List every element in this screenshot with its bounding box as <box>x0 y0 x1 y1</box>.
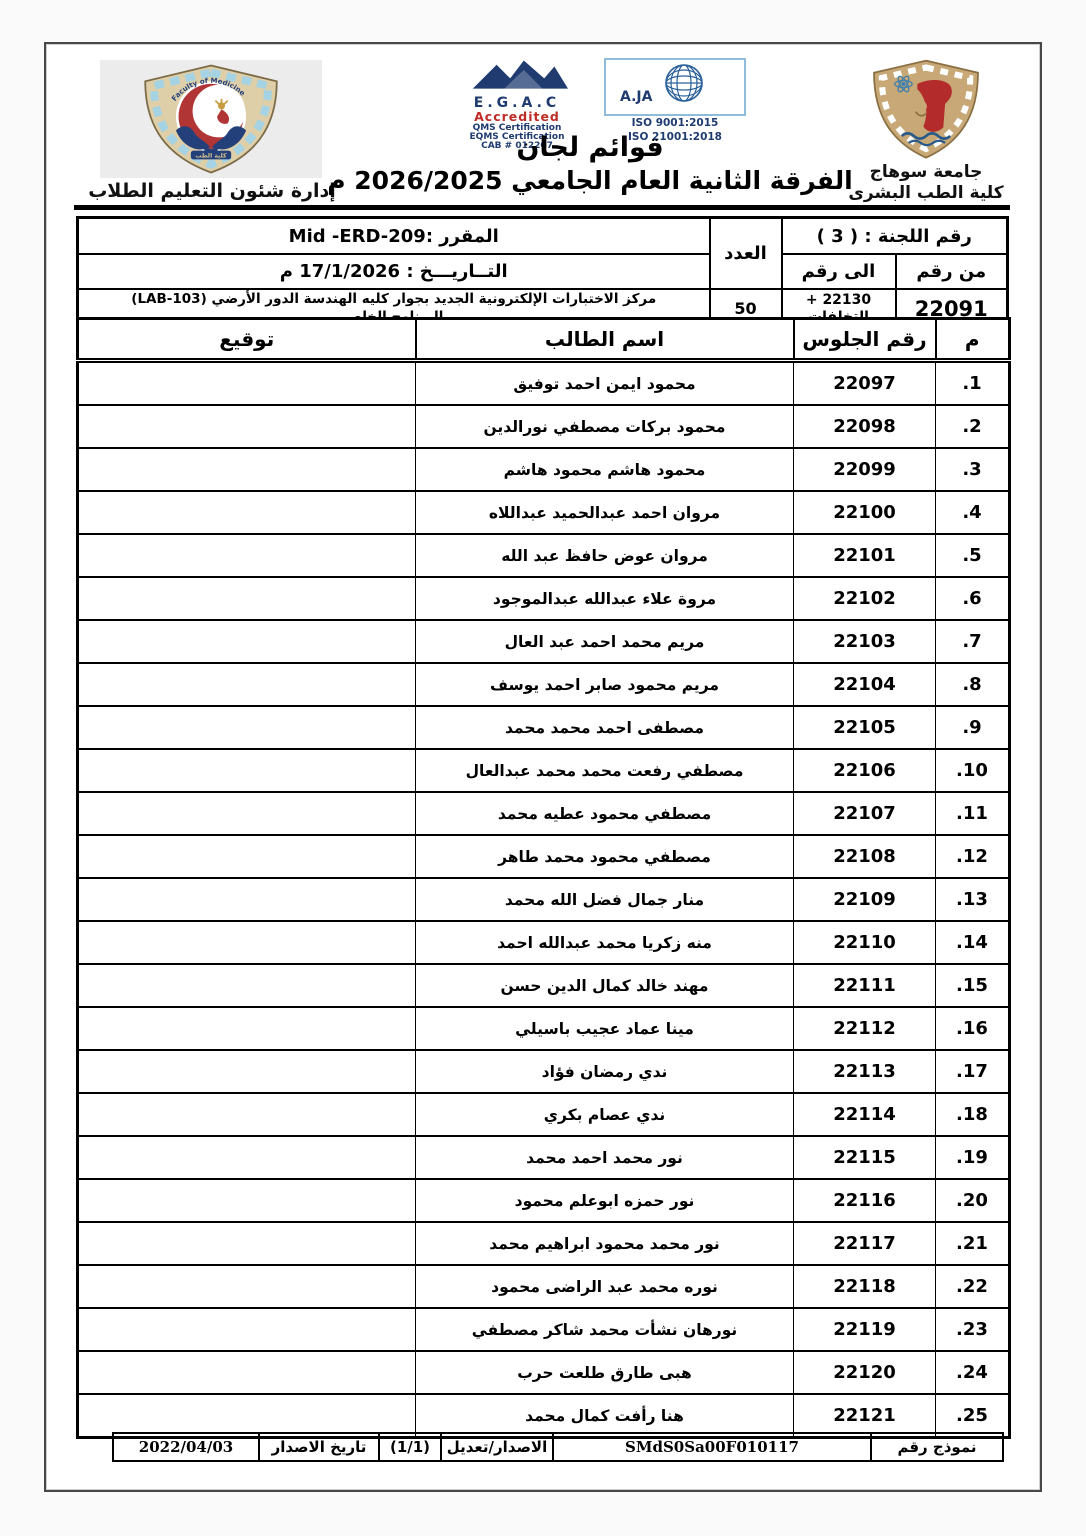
seat-number: 22120 <box>794 1351 936 1394</box>
signature-cell <box>78 1093 416 1136</box>
seat-number: 22109 <box>794 878 936 921</box>
seat-number: 22107 <box>794 792 936 835</box>
signature-cell <box>78 405 416 448</box>
table-row: 2. 22098 محمود بركات مصطفي نورالدين <box>78 405 1010 448</box>
seat-number: 22101 <box>794 534 936 577</box>
student-name: مينا عماد عجيب باسيلي <box>416 1007 794 1050</box>
seat-number: 22115 <box>794 1136 936 1179</box>
seat-number: 22098 <box>794 405 936 448</box>
student-name: مهند خالد كمال الدين حسن <box>416 964 794 1007</box>
table-row: 22. 22118 نوره محمد عبد الراضى محمود <box>78 1265 1010 1308</box>
committee-number: رقم اللجنة : ( 3 ) <box>782 218 1008 255</box>
header-divider <box>74 205 1010 210</box>
version-value: (1/1) <box>379 1433 441 1461</box>
signature-cell <box>78 1007 416 1050</box>
university-name: جامعة سوهاج <box>828 162 1024 183</box>
row-index: 9. <box>936 706 1010 749</box>
seat-number: 22111 <box>794 964 936 1007</box>
row-index: 5. <box>936 534 1010 577</box>
seat-number: 22102 <box>794 577 936 620</box>
signature-cell <box>78 491 416 534</box>
egac-accredited-label: Accredited <box>442 110 592 123</box>
table-row: 15. 22111 مهند خالد كمال الدين حسن <box>78 964 1010 1007</box>
row-index: 2. <box>936 405 1010 448</box>
signature-cell <box>78 1394 416 1438</box>
row-index: 16. <box>936 1007 1010 1050</box>
table-row: 21. 22117 نور محمد محمود ابراهيم محمد <box>78 1222 1010 1265</box>
table-row: 5. 22101 مروان عوض حافظ عبد الله <box>78 534 1010 577</box>
col-header-name: اسم الطالب <box>416 319 794 361</box>
form-footer-table: نموذج رقم SMdS0Sa00F010117 الاصدار/تعديل… <box>112 1432 1004 1462</box>
student-table: م رقم الجلوس اسم الطالب توقيع 1. 22097 م… <box>76 317 1011 1439</box>
signature-cell <box>78 620 416 663</box>
document-subtitle: الفرقة الثانية العام الجامعي 2026/2025 م <box>300 166 880 195</box>
row-index: 3. <box>936 448 1010 491</box>
sohag-university-shield-icon <box>860 58 992 162</box>
page-header: كلية الطب Faculty of Medicine إدارة شئون… <box>46 44 1040 210</box>
signature-cell <box>78 878 416 921</box>
table-row: 3. 22099 محمود هاشم محمود هاشم <box>78 448 1010 491</box>
signature-cell <box>78 448 416 491</box>
table-row: 24. 22120 هبى طارق طلعت حرب <box>78 1351 1010 1394</box>
signature-cell <box>78 921 416 964</box>
table-row: 12. 22108 مصطفي محمود محمد طاهر <box>78 835 1010 878</box>
row-index: 21. <box>936 1222 1010 1265</box>
form-number-value: SMdS0Sa00F010117 <box>553 1433 871 1461</box>
document-scan: { "colors": { "navy": "#1f3b70", "brand_… <box>0 0 1086 1536</box>
row-index: 17. <box>936 1050 1010 1093</box>
table-row: 18. 22114 ندي عصام بكري <box>78 1093 1010 1136</box>
faculty-ribbon-text: كلية الطب <box>195 153 227 160</box>
student-name: مروة علاء عبدالله عبدالموجود <box>416 577 794 620</box>
form-number-label: نموذج رقم <box>871 1433 1003 1461</box>
student-name: نوره محمد عبد الراضى محمود <box>416 1265 794 1308</box>
row-index: 7. <box>936 620 1010 663</box>
table-row: 19. 22115 نور محمد احمد محمد <box>78 1136 1010 1179</box>
from-number-label: من رقم <box>896 254 1008 289</box>
student-name: نور محمد احمد محمد <box>416 1136 794 1179</box>
signature-cell <box>78 835 416 878</box>
col-header-seat: رقم الجلوس <box>794 319 936 361</box>
table-row: 16. 22112 مينا عماد عجيب باسيلي <box>78 1007 1010 1050</box>
table-row: 14. 22110 منه زكريا محمد عبدالله احمد <box>78 921 1010 964</box>
row-index: 24. <box>936 1351 1010 1394</box>
student-table-header-row: م رقم الجلوس اسم الطالب توقيع <box>78 319 1010 361</box>
university-logo <box>858 58 994 162</box>
student-table-body: 1. 22097 محمود ايمن احمد توفيق 2. 22098 … <box>78 361 1010 1438</box>
row-index: 6. <box>936 577 1010 620</box>
col-header-index: م <box>936 319 1010 361</box>
faculty-logo: كلية الطب Faculty of Medicine <box>100 60 322 178</box>
student-name: هنا رأفت كمال محمد <box>416 1394 794 1438</box>
seat-number: 22110 <box>794 921 936 964</box>
student-name: محمود ايمن احمد توفيق <box>416 361 794 406</box>
to-number-label: الى رقم <box>782 254 896 289</box>
row-index: 18. <box>936 1093 1010 1136</box>
table-row: 25. 22121 هنا رأفت كمال محمد <box>78 1394 1010 1438</box>
seat-number: 22113 <box>794 1050 936 1093</box>
signature-cell <box>78 1265 416 1308</box>
signature-cell <box>78 663 416 706</box>
count-label: العدد <box>710 218 782 290</box>
row-index: 14. <box>936 921 1010 964</box>
issue-date-label: تاريخ الاصدار <box>259 1433 379 1461</box>
seat-number: 22121 <box>794 1394 936 1438</box>
seat-number: 22108 <box>794 835 936 878</box>
seat-number: 22099 <box>794 448 936 491</box>
course-code: المقرر :Mid -ERD-209 <box>78 218 710 255</box>
table-row: 17. 22113 ندي رمضان فؤاد <box>78 1050 1010 1093</box>
aja-iso1: ISO 9001:2015 <box>604 117 746 130</box>
row-index: 19. <box>936 1136 1010 1179</box>
row-index: 1. <box>936 361 1010 406</box>
aja-globe-box: A.JA <box>604 58 746 116</box>
seat-number: 22103 <box>794 620 936 663</box>
signature-cell <box>78 534 416 577</box>
row-index: 15. <box>936 964 1010 1007</box>
signature-cell <box>78 964 416 1007</box>
student-name: مروان احمد عبدالحميد عبداللاه <box>416 491 794 534</box>
table-row: 1. 22097 محمود ايمن احمد توفيق <box>78 361 1010 406</box>
student-name: مريم محمد احمد عبد العال <box>416 620 794 663</box>
student-table-header: م رقم الجلوس اسم الطالب توقيع <box>78 319 1010 361</box>
row-index: 4. <box>936 491 1010 534</box>
signature-cell <box>78 749 416 792</box>
exam-location-line1: مركز الاختبارات الإلكترونية الجديد بجوار… <box>81 291 707 309</box>
student-name: مروان عوض حافظ عبد الله <box>416 534 794 577</box>
aja-acronym: A.JA <box>620 89 653 105</box>
seat-number: 22119 <box>794 1308 936 1351</box>
row-index: 22. <box>936 1265 1010 1308</box>
table-row: 20. 22116 نور حمزه ابوعلم محمود <box>78 1179 1010 1222</box>
university-name-block: جامعة سوهاج كلية الطب البشرى <box>828 162 1024 205</box>
table-row: 7. 22103 مريم محمد احمد عبد العال <box>78 620 1010 663</box>
aja-globe-icon: A.JA <box>612 61 738 109</box>
row-index: 23. <box>936 1308 1010 1351</box>
exam-date: التــاريـــخ : 17/1/2026 م <box>78 254 710 289</box>
seat-number: 22104 <box>794 663 936 706</box>
table-row: 8. 22104 مريم محمود صابر احمد يوسف <box>78 663 1010 706</box>
row-index: 12. <box>936 835 1010 878</box>
row-index: 11. <box>936 792 1010 835</box>
table-row: 11. 22107 مصطفي محمود عطيه محمد <box>78 792 1010 835</box>
student-name: مصطفي رفعت محمد محمد عبدالعال <box>416 749 794 792</box>
faculty-of-medicine-shield-icon: كلية الطب Faculty of Medicine <box>126 62 296 176</box>
version-label: الاصدار/تعديل <box>441 1433 553 1461</box>
signature-cell <box>78 1222 416 1265</box>
exam-committee-sheet: كلية الطب Faculty of Medicine إدارة شئون… <box>44 42 1042 1492</box>
info-row-2: من رقم الى رقم التــاريـــخ : 17/1/2026 … <box>78 254 1008 289</box>
signature-cell <box>78 1136 416 1179</box>
student-name: مصطفى احمد محمد محمد <box>416 706 794 749</box>
student-name: نور حمزه ابوعلم محمود <box>416 1179 794 1222</box>
row-index: 25. <box>936 1394 1010 1438</box>
student-name: مصطفي محمود محمد طاهر <box>416 835 794 878</box>
info-row-1: رقم اللجنة : ( 3 ) العدد المقرر :Mid -ER… <box>78 218 1008 255</box>
student-name: نورهان نشأت محمد شاكر مصطفي <box>416 1308 794 1351</box>
signature-cell <box>78 1179 416 1222</box>
signature-cell <box>78 577 416 620</box>
seat-number: 22097 <box>794 361 936 406</box>
to-number-line1: 22130 + <box>785 292 893 308</box>
seat-number: 22114 <box>794 1093 936 1136</box>
student-name: محمود هاشم محمود هاشم <box>416 448 794 491</box>
table-row: 4. 22100 مروان احمد عبدالحميد عبداللاه <box>78 491 1010 534</box>
table-row: 10. 22106 مصطفي رفعت محمد محمد عبدالعال <box>78 749 1010 792</box>
table-row: 6. 22102 مروة علاء عبدالله عبدالموجود <box>78 577 1010 620</box>
faculty-name: كلية الطب البشرى <box>828 183 1024 204</box>
seat-number: 22105 <box>794 706 936 749</box>
committee-info-table: رقم اللجنة : ( 3 ) العدد المقرر :Mid -ER… <box>76 216 1009 330</box>
table-row: 23. 22119 نورهان نشأت محمد شاكر مصطفي <box>78 1308 1010 1351</box>
seat-number: 22117 <box>794 1222 936 1265</box>
student-name: مصطفي محمود عطيه محمد <box>416 792 794 835</box>
student-name: منه زكريا محمد عبدالله احمد <box>416 921 794 964</box>
student-name: هبى طارق طلعت حرب <box>416 1351 794 1394</box>
signature-cell <box>78 792 416 835</box>
student-name: مريم محمود صابر احمد يوسف <box>416 663 794 706</box>
seat-number: 22112 <box>794 1007 936 1050</box>
row-index: 10. <box>936 749 1010 792</box>
col-header-signature: توقيع <box>78 319 416 361</box>
table-row: 13. 22109 منار جمال فضل الله محمد <box>78 878 1010 921</box>
row-index: 13. <box>936 878 1010 921</box>
row-index: 20. <box>936 1179 1010 1222</box>
egac-acronym: E.G.A.C <box>442 96 592 111</box>
signature-cell <box>78 1050 416 1093</box>
signature-cell <box>78 1351 416 1394</box>
signature-cell <box>78 1308 416 1351</box>
document-title: قوائم لجان <box>350 132 830 163</box>
student-name: ندي عصام بكري <box>416 1093 794 1136</box>
row-index: 8. <box>936 663 1010 706</box>
signature-cell <box>78 706 416 749</box>
seat-number: 22100 <box>794 491 936 534</box>
table-row: 9. 22105 مصطفى احمد محمد محمد <box>78 706 1010 749</box>
issue-date-value: 2022/04/03 <box>113 1433 259 1461</box>
seat-number: 22116 <box>794 1179 936 1222</box>
student-name: منار جمال فضل الله محمد <box>416 878 794 921</box>
form-footer-row: نموذج رقم SMdS0Sa00F010117 الاصدار/تعديل… <box>113 1433 1003 1461</box>
student-name: ندي رمضان فؤاد <box>416 1050 794 1093</box>
signature-cell <box>78 361 416 406</box>
seat-number: 22106 <box>794 749 936 792</box>
student-name: محمود بركات مصطفي نورالدين <box>416 405 794 448</box>
student-name: نور محمد محمود ابراهيم محمد <box>416 1222 794 1265</box>
seat-number: 22118 <box>794 1265 936 1308</box>
egac-pyramid-eagle-icon <box>457 58 577 92</box>
